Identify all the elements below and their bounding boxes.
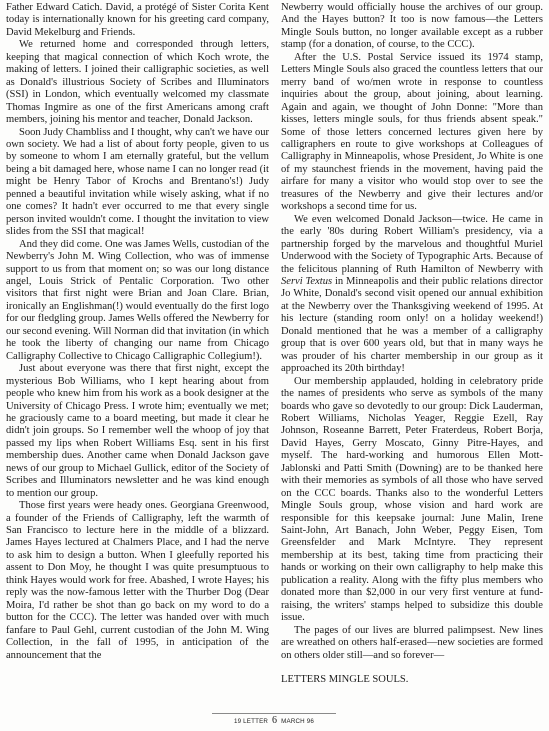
paragraph: Soon Judy Chambliss and I thought, why c… [6, 127, 269, 239]
footer-date: MARCH 96 [281, 718, 314, 725]
text-run: We even welcomed Donald Jackson—twice. H… [281, 214, 543, 275]
page-footer: 19 LETTER 6 MARCH 96 [212, 716, 336, 727]
italic-title: Servi Textus [281, 276, 332, 287]
paragraph: We even welcomed Donald Jackson—twice. H… [281, 214, 543, 376]
paragraph: We returned home and corresponded throug… [6, 39, 269, 126]
paragraph: After the U.S. Postal Service issued its… [281, 52, 543, 214]
paragraph: The pages of our lives are blurred palim… [281, 625, 543, 662]
footer-volume: 19 LETTER [234, 718, 268, 725]
document-page: Father Edward Catich. David, a protégé o… [0, 0, 549, 731]
paragraph: Newberry would officially house the arch… [281, 2, 543, 52]
paragraph: And they did come. One was James Wells, … [6, 239, 269, 364]
text-run: in Minneapolis and their public relation… [281, 276, 543, 374]
paragraph: Our membership applauded, holding in cel… [281, 376, 543, 625]
right-column: Newberry would officially house the arch… [281, 2, 543, 686]
paragraph: Just about everyone was there that first… [6, 363, 269, 500]
footer-number: 6 [272, 715, 277, 726]
paragraph: Those first years were heady ones. Georg… [6, 500, 269, 662]
left-column: Father Edward Catich. David, a protégé o… [6, 2, 269, 662]
paragraph: Father Edward Catich. David, a protégé o… [6, 2, 269, 39]
closing-line: LETTERS MINGLE SOULS. [281, 674, 543, 686]
footer-rule [212, 713, 336, 714]
